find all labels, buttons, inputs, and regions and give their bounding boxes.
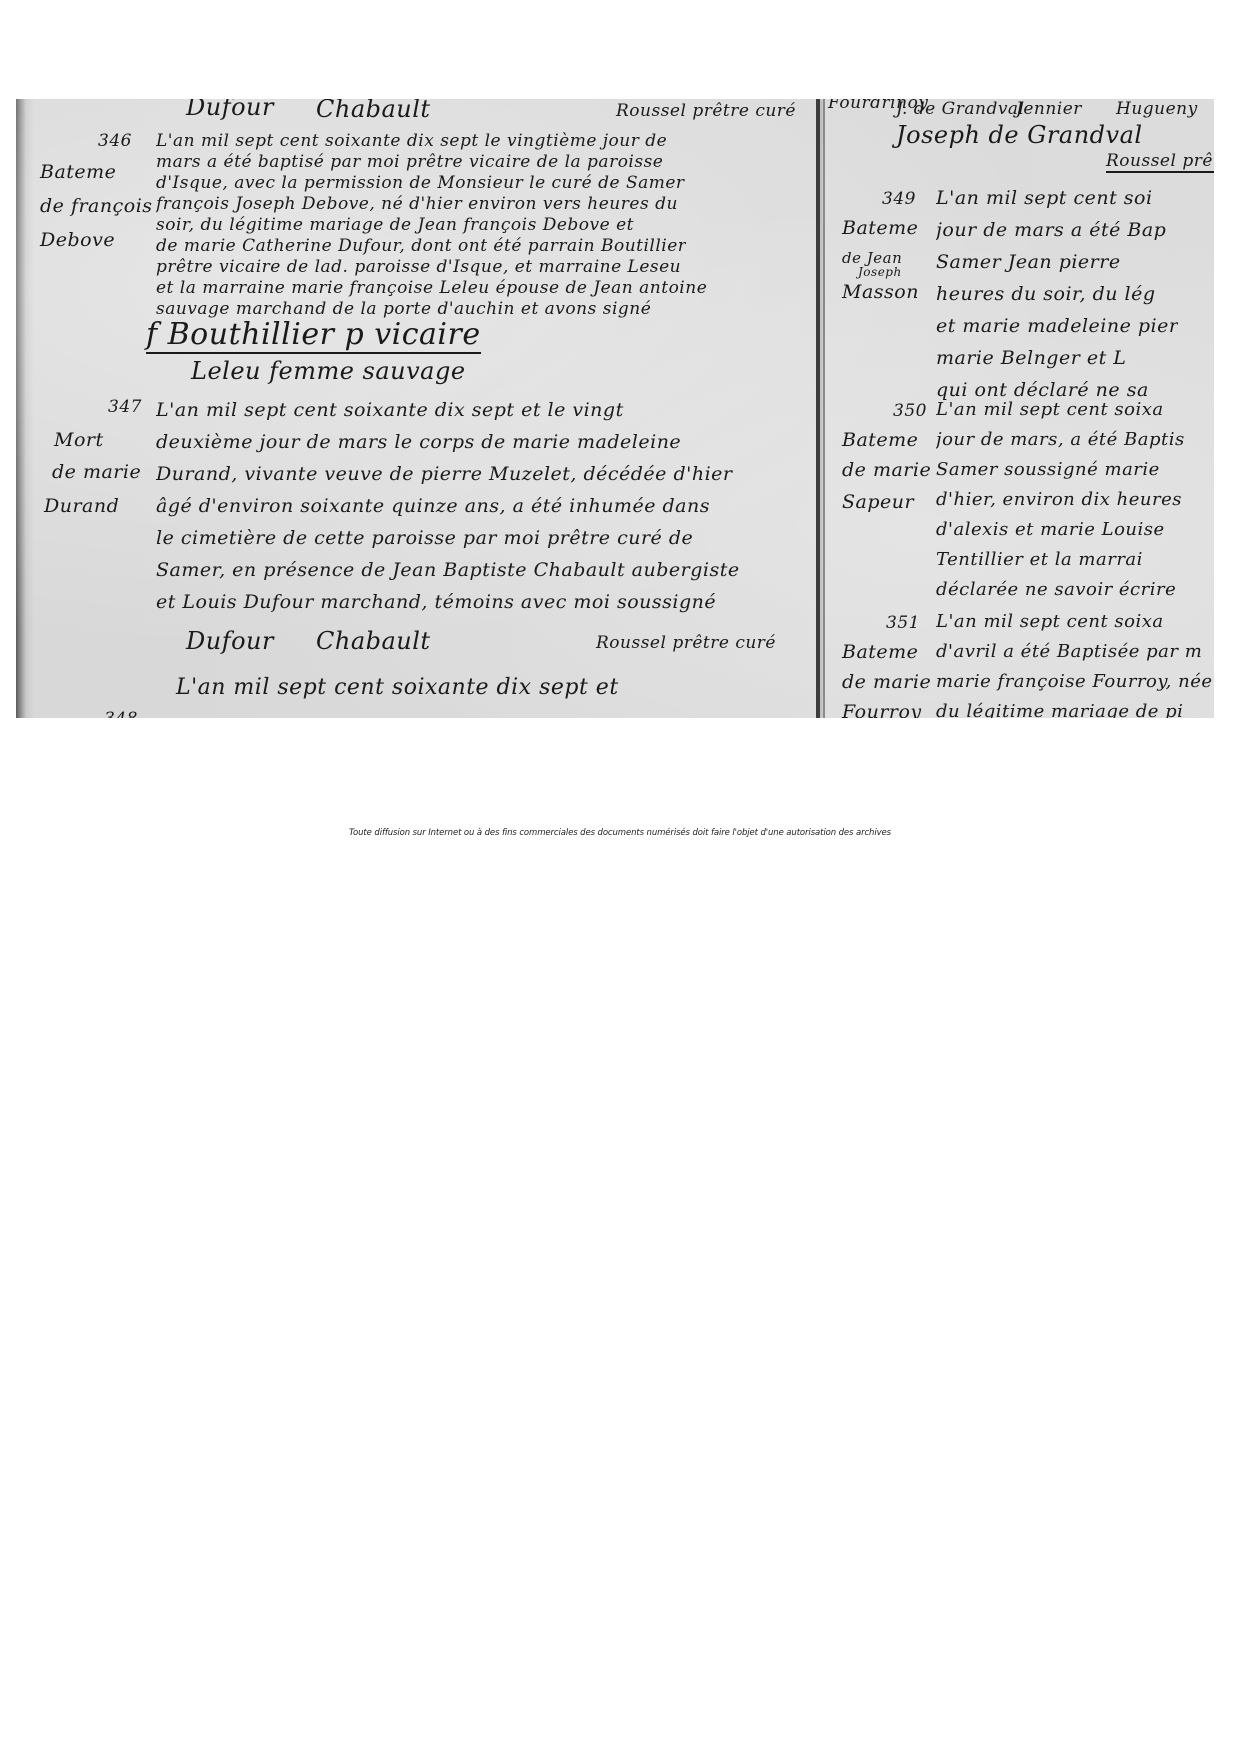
signature: Chabault (316, 99, 431, 123)
margin-note: Durand (44, 495, 119, 517)
entry-line: qui ont déclaré ne sa (936, 379, 1149, 401)
entry-line: jour de mars, a été Baptis (936, 429, 1185, 450)
signature: Jennier (1016, 99, 1082, 119)
entry-line: sauvage marchand de la porte d'auchin et… (156, 299, 651, 319)
entry-line: L'an mil sept cent soi (936, 187, 1153, 209)
margin-note: Mort (54, 429, 104, 451)
entry-line: déclarée ne savoir écrire (936, 579, 1176, 600)
entry-line: d'avril a été Baptisée par m (936, 641, 1202, 662)
entry-line: et Louis Dufour marchand, témoins avec m… (156, 591, 716, 613)
entry-line: le cimetière de cette paroisse par moi p… (156, 527, 693, 549)
entry-line: Durand, vivante veuve de pierre Muzelet,… (156, 463, 733, 485)
entry-line: heures du soir, du lég (936, 283, 1156, 305)
entry-line: d'Isque, avec la permission de Monsieur … (156, 173, 685, 193)
entry-line: Tentillier et la marrai (936, 549, 1143, 570)
signature: Roussel prêtre curé (616, 101, 796, 121)
entry-line: jour de mars a été Bap (936, 219, 1166, 241)
margin-note: de marie (842, 671, 931, 693)
margin-note: Masson (842, 281, 919, 303)
entry-line: et la marraine marie françoise Leleu épo… (156, 278, 707, 298)
entry-number: 349 (882, 189, 916, 209)
entry-line: L'an mil sept cent soixa (936, 399, 1164, 420)
column-divider-shadow (823, 99, 825, 718)
entry-line: Samer Jean pierre (936, 251, 1121, 273)
entry-number: 350 (893, 401, 927, 421)
entry-line: françois Joseph Debove, né d'hier enviro… (156, 194, 678, 214)
signature: Joseph de Grandval (896, 121, 1143, 149)
entry-line: marie Belnger et L (936, 347, 1126, 369)
entry-line: et marie madeleine pier (936, 315, 1178, 337)
signature: Roussel prêtre curé (1106, 151, 1214, 173)
register-scan: Dufour Chabault Roussel prêtre curé 346 … (16, 99, 1214, 718)
signature: Hugueny (1116, 99, 1198, 119)
column-divider (816, 99, 820, 718)
signature: Dufour (186, 99, 274, 121)
entry-line: L'an mil sept cent soixante dix sept et … (156, 399, 624, 421)
entry-line: Samer, en présence de Jean Baptiste Chab… (156, 559, 740, 581)
entry-line: soir, du légitime mariage de Jean franço… (156, 215, 634, 235)
margin-note: Bateme (842, 641, 918, 663)
entry-line: prêtre vicaire de lad. paroisse d'Isque,… (156, 257, 681, 277)
signature: J. de Grandval (896, 99, 1025, 119)
margin-note: Bateme (842, 217, 918, 239)
signature: Dufour (186, 627, 274, 655)
margin-note: Bateme (40, 161, 116, 183)
signature: f Bouthillier p vicaire (146, 317, 481, 354)
margin-note: de françois (40, 195, 153, 217)
entry-line: d'hier, environ dix heures (936, 489, 1182, 510)
entry-number: 347 (108, 397, 142, 417)
margin-note: de marie (52, 461, 141, 483)
margin-note: Bateme (842, 429, 918, 451)
margin-note: Joseph (858, 265, 902, 279)
entry-line: Samer soussigné marie (936, 459, 1160, 480)
margin-note: Sapeur (842, 491, 914, 513)
entry-line: marie françoise Fourroy, née d (936, 671, 1214, 692)
signature: Leleu femme sauvage (191, 357, 466, 385)
signature: Roussel prêtre curé (596, 633, 776, 653)
entry-line: L'an mil sept cent soixante dix sept et (176, 675, 619, 700)
entry-number: 348 (104, 709, 138, 718)
entry-line: de marie Catherine Dufour, dont ont été … (156, 236, 686, 256)
entry-line: du légitime mariage de pi (936, 701, 1183, 718)
entry-line: L'an mil sept cent soixa (936, 611, 1164, 632)
entry-line: âgé d'environ soixante quinze ans, a été… (156, 495, 710, 517)
archive-copyright-notice: Toute diffusion sur Internet ou à des fi… (0, 828, 1240, 838)
margin-note: Fourroy (842, 701, 922, 718)
signature: Chabault (316, 627, 431, 655)
margin-note: Debove (40, 229, 115, 251)
entry-number: 351 (886, 613, 920, 633)
entry-line: deuxième jour de mars le corps de marie … (156, 431, 681, 453)
margin-note: de marie (842, 459, 931, 481)
entry-line: mars a été baptisé par moi prêtre vicair… (156, 152, 663, 172)
entry-line: L'an mil sept cent soixante dix sept le … (156, 131, 667, 151)
entry-line: d'alexis et marie Louise (936, 519, 1165, 540)
entry-number: 346 (98, 131, 132, 151)
